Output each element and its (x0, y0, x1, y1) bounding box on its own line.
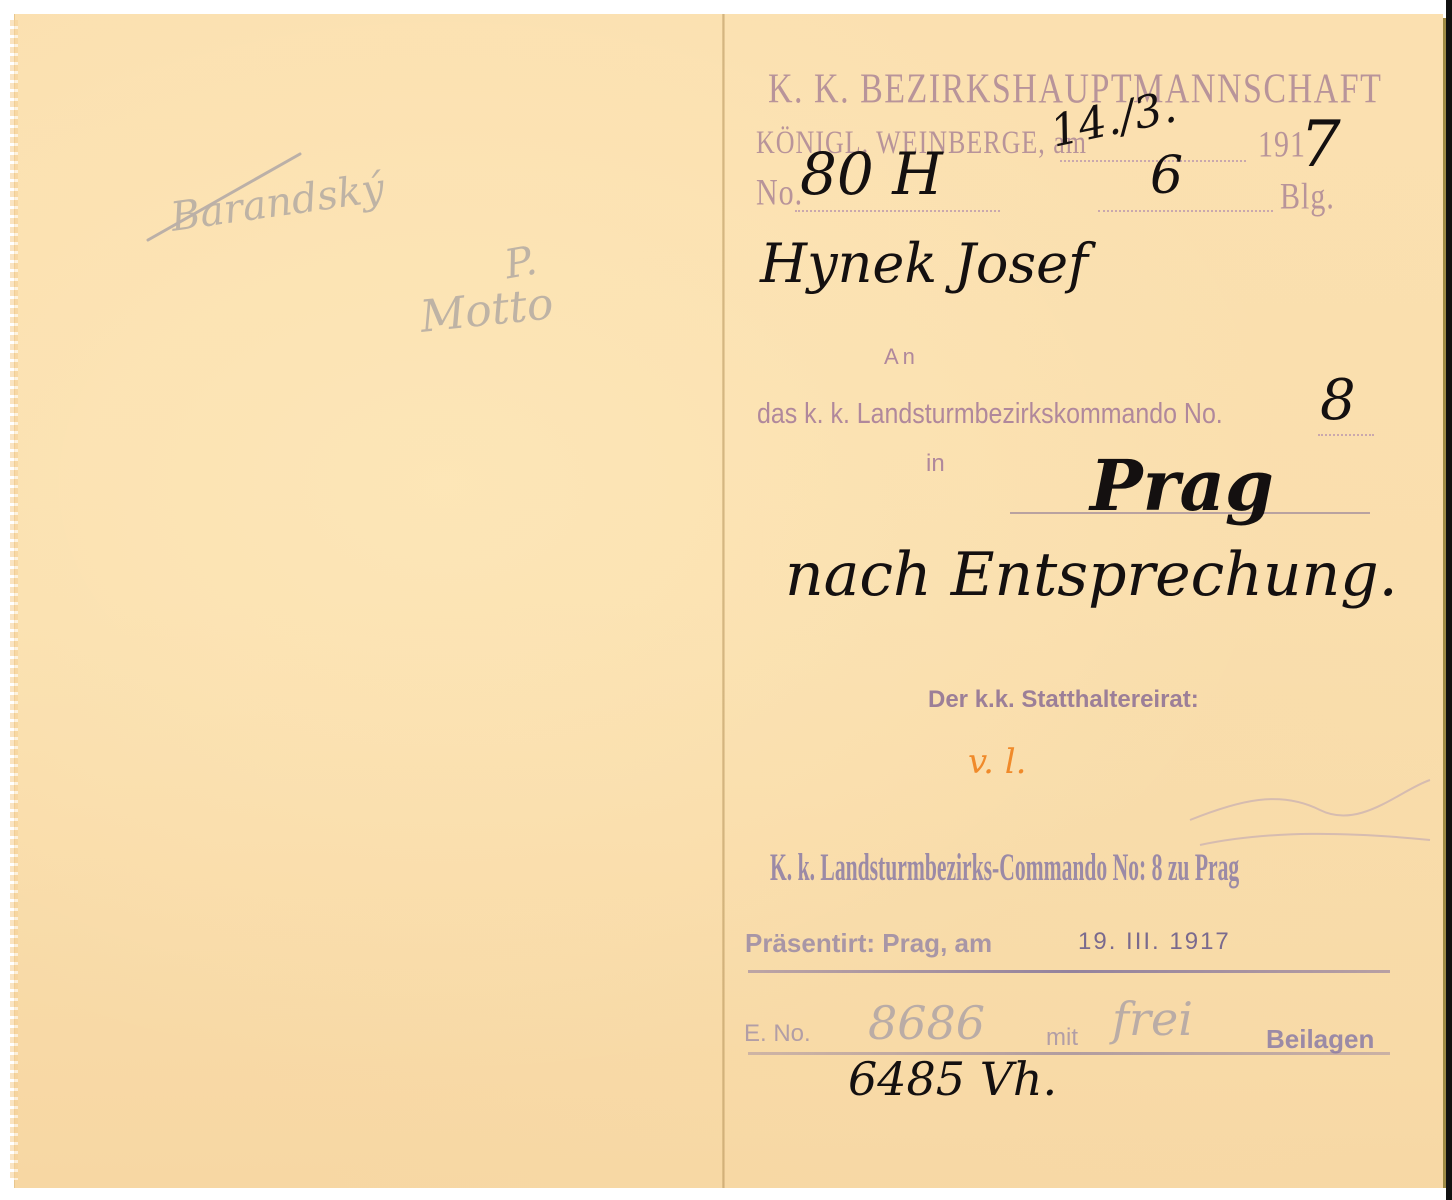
pencil-stroke-icon (140, 150, 340, 250)
signature-stamp-label: Der k.k. Statthaltereirat: (928, 686, 1199, 714)
handwritten-instruction: nach Entsprechung. (785, 540, 1398, 610)
handwritten-file-number: 80 H (800, 140, 943, 208)
header-stamp-year: 191 (1258, 124, 1306, 167)
handwritten-city: Prag (1090, 444, 1274, 527)
center-fold-line (722, 14, 725, 1188)
receipt-stamp-authority: K. k. Landsturmbezirks-Commando No: 8 zu… (770, 846, 1239, 890)
handwritten-recipient-number: 8 (1320, 368, 1356, 433)
header-stamp-no-label: No. (756, 172, 803, 215)
number-dotted-line (795, 210, 1000, 212)
address-in-label: in (926, 450, 945, 478)
receipt-stamp-date: 19. III. 1917 (1078, 928, 1231, 956)
enclosure-dotted-line (1098, 210, 1273, 212)
receipt-stamp-mit: mit (1046, 1024, 1078, 1052)
receipt-stamp-rule-1 (748, 970, 1390, 973)
handwritten-subject-name: Hynek Josef (760, 232, 1088, 295)
scan-edge-shadow (1443, 18, 1446, 1188)
receipt-stamp-eno-label: E. No. (744, 1020, 811, 1048)
receipt-stamp-presented: Präsentirt: Prag, am (745, 928, 992, 959)
handwritten-bottom-number: 6485 Vh. (848, 1052, 1057, 1106)
scan-edge (1446, 0, 1452, 1200)
address-recipient: das k. k. Landsturmbezirkskommando No. (757, 398, 1223, 431)
receipt-stamp-rule-2 (748, 1052, 1390, 1055)
recipient-number-line (1318, 434, 1374, 436)
address-to-label: An (884, 344, 919, 370)
handwritten-enclosure-count: 6 (1150, 146, 1183, 206)
torn-left-edge (10, 20, 18, 1180)
handwritten-year-digit: 7 (1300, 108, 1341, 182)
header-stamp-blg: Blg. (1280, 176, 1335, 219)
pencil-enclosure-value: frei (1112, 992, 1193, 1046)
receipt-stamp-beilagen: Beilagen (1266, 1024, 1374, 1055)
pencil-entry-number: 8686 (868, 996, 985, 1050)
orange-initials: v. l. (968, 742, 1026, 782)
pencil-scribble-icon (1180, 760, 1440, 860)
